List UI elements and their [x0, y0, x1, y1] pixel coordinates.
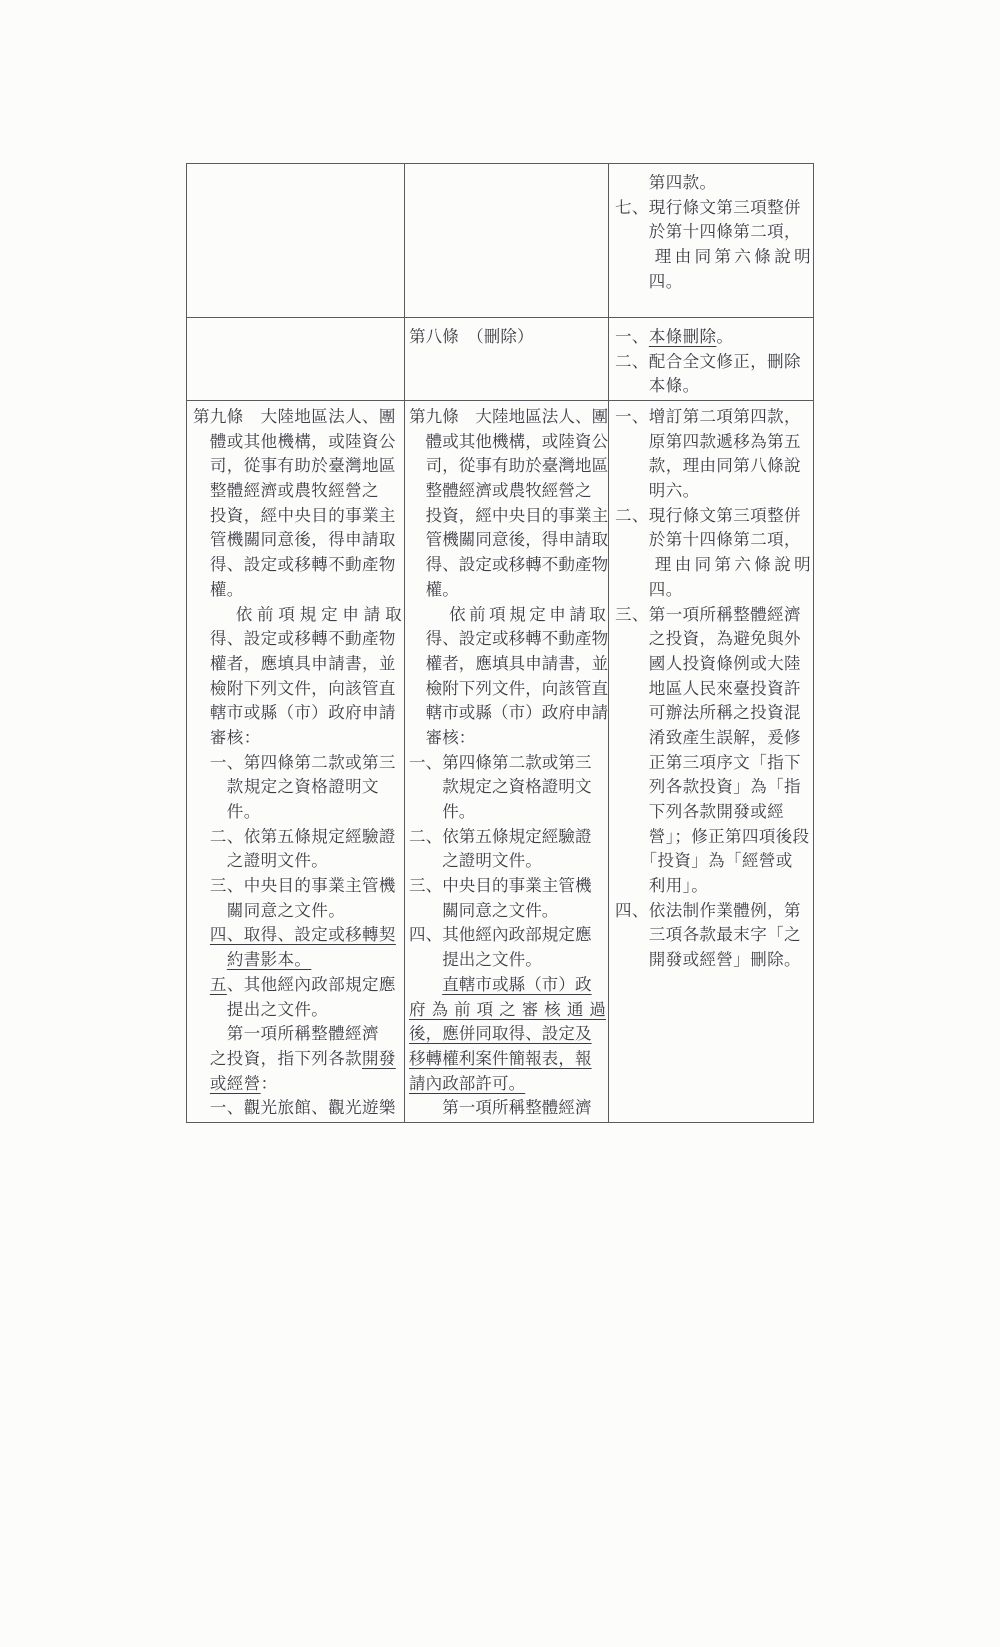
text-segment: 二、依第五條規定經驗證: [409, 827, 592, 846]
text-line: 直轄市或縣（市）政: [409, 973, 606, 998]
text-line: 檢附下列文件，向該管直: [409, 677, 606, 702]
text-segment: 檢附下列文件，向該管直: [193, 679, 396, 698]
text-segment: [193, 975, 210, 994]
table-cell: [187, 164, 405, 318]
text-segment: 權者，應填具申請書，並: [409, 654, 608, 673]
text-line: 移轉權利案件簡報表，報: [409, 1047, 606, 1072]
text-line: 二、依第五條規定經驗證: [193, 825, 402, 850]
text-segment: 理由同第六條說明: [615, 555, 811, 574]
text-segment: 第九條 大陸地區法人、團: [193, 407, 396, 426]
text-line: 「投資」為「經營或: [615, 849, 811, 874]
text-segment: 列各款投資」為「指: [615, 777, 801, 796]
text-line: 提出之文件。: [409, 948, 606, 973]
text-segment: 管機關同意後，得申請取: [193, 530, 396, 549]
text-line: 二、依第五條規定經驗證: [409, 825, 606, 850]
text-line: 之投資，指下列各款開發: [193, 1047, 402, 1072]
text-line: 審核：: [193, 726, 402, 751]
text-segment: 檢附下列文件，向該管直: [409, 679, 608, 698]
underlined-text: 請內政部許可。: [409, 1074, 525, 1093]
text-line: 轄市或縣（市）政府申請: [193, 701, 402, 726]
text-segment: 款規定之資格證明文: [193, 777, 379, 796]
text-line: 一、第四條第二款或第三: [409, 751, 606, 776]
text-segment: 。: [716, 327, 733, 346]
text-line: 第一項所稱整體經濟: [193, 1022, 402, 1047]
underlined-text: 或經營: [210, 1074, 261, 1093]
text-segment: 淆致產生誤解，爰修: [615, 728, 801, 747]
text-line: 審核：: [409, 726, 606, 751]
scanned-document-page: 第四款。七、現行條文第三項整併 於第十四條第二項， 理由同第六條說明 四。第八條…: [0, 0, 1000, 1647]
text-segment: 第一項所稱整體經濟: [409, 1098, 592, 1117]
text-line: 依前項規定申請取: [193, 603, 402, 628]
text-line: 四、依法制作業體例，第: [615, 899, 811, 924]
text-line: 正第三項序文「指下: [615, 751, 811, 776]
text-segment: 一、觀光旅館、觀光遊樂: [193, 1098, 396, 1117]
text-segment: 件。: [193, 802, 261, 821]
text-segment: 體或其他機構，或陸資公: [409, 432, 608, 451]
text-line: 利用」。: [615, 874, 811, 899]
text-line: 得、設定或移轉不動產物: [193, 553, 402, 578]
text-line: 理由同第六條說明: [615, 553, 811, 578]
underlined-text: 本條刪除: [649, 327, 717, 346]
text-line: 款規定之資格證明文: [193, 775, 402, 800]
text-segment: 體或其他機構，或陸資公: [193, 432, 396, 451]
text-line: 權者，應填具申請書，並: [193, 652, 402, 677]
amendment-comparison-table-body: 第四款。七、現行條文第三項整併 於第十四條第二項， 理由同第六條說明 四。第八條…: [187, 164, 814, 1123]
table-cell: 第九條 大陸地區法人、團 體或其他機構，或陸資公 司，從事有助於臺灣地區 整體經…: [187, 401, 405, 1123]
text-segment: 轄市或縣（市）政府申請: [409, 703, 608, 722]
text-line: 權者，應填具申請書，並: [409, 652, 606, 677]
table-row: 第九條 大陸地區法人、團 體或其他機構，或陸資公 司，從事有助於臺灣地區 整體經…: [187, 401, 814, 1123]
text-line: 第九條 大陸地區法人、團: [409, 405, 606, 430]
text-line: 本條。: [615, 374, 811, 399]
text-segment: 依前項規定申請取: [193, 605, 402, 624]
text-line: 款，理由同第八條說: [615, 454, 811, 479]
text-segment: 三、中央目的事業主管機: [409, 876, 592, 895]
text-segment: 投資，經中央目的事業主: [193, 506, 396, 525]
table-cell: 第八條 （刪除）: [405, 318, 609, 401]
text-segment: 一、增訂第二項第四款，: [615, 407, 801, 426]
text-segment: 第一項所稱整體經濟: [193, 1024, 379, 1043]
text-line: 開發或經營」刪除。: [615, 948, 811, 973]
text-line: 得、設定或移轉不動產物: [193, 627, 402, 652]
underlined-text: 移轉權利案件簡報表，報: [409, 1049, 592, 1068]
text-line: 三、中央目的事業主管機: [193, 874, 402, 899]
text-line: 請內政部許可。: [409, 1072, 606, 1097]
text-segment: 利用」。: [615, 876, 708, 895]
text-line: 可辦法所稱之投資混: [615, 701, 811, 726]
text-line: 理由同第六條說明: [615, 245, 811, 270]
text-segment: [193, 925, 210, 944]
text-segment: 投資，經中央目的事業主: [409, 506, 608, 525]
underlined-text: 府為前項之審核通過: [409, 1000, 606, 1019]
text-line: 淆致產生誤解，爰修: [615, 726, 811, 751]
text-segment: 理由同第六條說明: [615, 247, 811, 266]
text-line: 四。: [615, 578, 811, 603]
text-segment: 、其他經內政部規定應: [227, 975, 396, 994]
text-line: 轄市或縣（市）政府申請: [409, 701, 606, 726]
text-line: 四、其他經內政部規定應: [409, 923, 606, 948]
text-line: 或經營：: [193, 1072, 402, 1097]
text-line: 之證明文件。: [193, 849, 402, 874]
text-line: 之證明文件。: [409, 849, 606, 874]
underlined-text: 約書影本。: [227, 950, 312, 969]
text-segment: 一、第四條第二款或第三: [193, 753, 396, 772]
text-line: 管機關同意後，得申請取: [193, 528, 402, 553]
text-line: 關同意之文件。: [409, 899, 606, 924]
table-cell: 一、本條刪除。二、配合全文修正，刪除 本條。: [609, 318, 814, 401]
text-line: 第四款。: [615, 171, 811, 196]
text-line: 一、本條刪除。: [615, 325, 811, 350]
text-segment: 第八條 （刪除）: [409, 327, 534, 346]
text-segment: 整體經濟或農牧經營之: [409, 481, 592, 500]
table-cell: 第九條 大陸地區法人、團 體或其他機構，或陸資公 司，從事有助於臺灣地區 整體經…: [405, 401, 609, 1123]
text-segment: 於第十四條第二項，: [615, 530, 801, 549]
text-line: 三項各款最末字「之: [615, 923, 811, 948]
text-segment: 三、第一項所稱整體經濟: [615, 605, 801, 624]
underlined-text: 四、取得、設定或移轉契: [210, 925, 396, 944]
text-line: 整體經濟或農牧經營之: [409, 479, 606, 504]
text-segment: ：: [261, 1074, 278, 1093]
underlined-text: 後，應併同取得、設定及: [409, 1024, 592, 1043]
text-segment: 四、其他經內政部規定應: [409, 925, 592, 944]
text-line: 投資，經中央目的事業主: [409, 504, 606, 529]
text-segment: 權。: [193, 580, 244, 599]
text-line: 件。: [409, 800, 606, 825]
text-line: 第九條 大陸地區法人、團: [193, 405, 402, 430]
text-segment: 一、第四條第二款或第三: [409, 753, 592, 772]
text-segment: 得、設定或移轉不動產物: [409, 555, 608, 574]
text-line: 之投資，為避免與外: [615, 627, 811, 652]
text-segment: 一、: [615, 327, 649, 346]
text-segment: 國人投資條例或大陸: [615, 654, 801, 673]
text-line: 投資，經中央目的事業主: [193, 504, 402, 529]
text-line: 府為前項之審核通過: [409, 998, 606, 1023]
text-segment: 司，從事有助於臺灣地區: [193, 456, 396, 475]
underlined-text: 開發: [362, 1049, 396, 1068]
text-segment: 二、配合全文修正，刪除: [615, 352, 801, 371]
text-segment: 下列各款開發或經: [615, 802, 784, 821]
text-line: 司，從事有助於臺灣地區: [193, 454, 402, 479]
text-line: 整體經濟或農牧經營之: [193, 479, 402, 504]
text-line: 第八條 （刪除）: [409, 325, 606, 350]
text-segment: 三、中央目的事業主管機: [193, 876, 396, 895]
text-segment: 四、依法制作業體例，第: [615, 901, 801, 920]
text-segment: 轄市或縣（市）政府申請: [193, 703, 396, 722]
text-line: 一、增訂第二項第四款，: [615, 405, 811, 430]
text-segment: 司，從事有助於臺灣地區: [409, 456, 608, 475]
text-segment: 本條。: [615, 376, 700, 395]
text-line: 得、設定或移轉不動產物: [409, 627, 606, 652]
text-line: 二、現行條文第三項整併: [615, 504, 811, 529]
text-segment: 提出之文件。: [193, 1000, 328, 1019]
text-line: 三、第一項所稱整體經濟: [615, 603, 811, 628]
text-line: 五、其他經內政部規定應: [193, 973, 402, 998]
text-line: 體或其他機構，或陸資公: [193, 430, 402, 455]
table-row: 第四款。七、現行條文第三項整併 於第十四條第二項， 理由同第六條說明 四。: [187, 164, 814, 318]
text-segment: 得、設定或移轉不動產物: [193, 629, 396, 648]
text-segment: 依前項規定申請取: [409, 605, 606, 624]
text-line: 後，應併同取得、設定及: [409, 1022, 606, 1047]
text-segment: 管機關同意後，得申請取: [409, 530, 608, 549]
text-segment: 款規定之資格證明文: [409, 777, 592, 796]
table-cell: 第四款。七、現行條文第三項整併 於第十四條第二項， 理由同第六條說明 四。: [609, 164, 814, 318]
text-segment: 第九條 大陸地區法人、團: [409, 407, 608, 426]
text-segment: 關同意之文件。: [193, 901, 345, 920]
text-line: 國人投資條例或大陸: [615, 652, 811, 677]
text-line: 地區人民來臺投資許: [615, 677, 811, 702]
text-segment: 七、現行條文第三項整併: [615, 198, 801, 217]
text-line: 四。: [615, 270, 811, 295]
text-line: 於第十四條第二項，: [615, 220, 811, 245]
text-line: 七、現行條文第三項整併: [615, 196, 811, 221]
text-segment: 「投資」為「經營或: [615, 851, 793, 870]
text-line: 下列各款開發或經: [615, 800, 811, 825]
text-line: 得、設定或移轉不動產物: [409, 553, 606, 578]
text-line: 體或其他機構，或陸資公: [409, 430, 606, 455]
text-segment: 二、現行條文第三項整併: [615, 506, 801, 525]
table-cell: [405, 164, 609, 318]
text-segment: 得、設定或移轉不動產物: [193, 555, 396, 574]
text-line: 權。: [193, 578, 402, 603]
text-segment: 開發或經營」刪除。: [615, 950, 801, 969]
text-segment: 整體經濟或農牧經營之: [193, 481, 379, 500]
text-line: 依前項規定申請取: [409, 603, 606, 628]
text-line: 列各款投資」為「指: [615, 775, 811, 800]
table-cell: [187, 318, 405, 401]
text-line: 明六。: [615, 479, 811, 504]
text-segment: 原第四款遞移為第五: [615, 432, 801, 451]
text-line: 約書影本。: [193, 948, 402, 973]
text-segment: [193, 1074, 210, 1093]
text-segment: 之投資，為避免與外: [615, 629, 801, 648]
text-line: 營」；修正第四項後段: [615, 825, 811, 850]
text-line: 一、觀光旅館、觀光遊樂: [193, 1096, 402, 1121]
table-cell: 一、增訂第二項第四款， 原第四款遞移為第五 款，理由同第八條說 明六。二、現行條…: [609, 401, 814, 1123]
text-segment: 得、設定或移轉不動產物: [409, 629, 608, 648]
text-segment: 審核：: [193, 728, 261, 747]
text-segment: 地區人民來臺投資許: [615, 679, 801, 698]
text-segment: 營」；修正第四項後段: [615, 827, 810, 846]
text-line: 關同意之文件。: [193, 899, 402, 924]
text-line: 於第十四條第二項，: [615, 528, 811, 553]
text-line: 二、配合全文修正，刪除: [615, 350, 811, 375]
text-segment: 二、依第五條規定經驗證: [193, 827, 396, 846]
text-segment: 四。: [615, 272, 683, 291]
text-line: 件。: [193, 800, 402, 825]
text-segment: 之證明文件。: [193, 851, 328, 870]
text-segment: 件。: [409, 802, 475, 821]
text-line: 管機關同意後，得申請取: [409, 528, 606, 553]
text-segment: 於第十四條第二項，: [615, 222, 801, 241]
text-segment: 之證明文件。: [409, 851, 542, 870]
text-segment: 四。: [615, 580, 683, 599]
text-line: 三、中央目的事業主管機: [409, 874, 606, 899]
text-segment: 明六。: [615, 481, 700, 500]
text-segment: 關同意之文件。: [409, 901, 558, 920]
text-segment: 審核：: [409, 728, 475, 747]
text-line: 司，從事有助於臺灣地區: [409, 454, 606, 479]
text-line: 款規定之資格證明文: [409, 775, 606, 800]
text-segment: 三項各款最末字「之: [615, 925, 801, 944]
amendment-comparison-table: 第四款。七、現行條文第三項整併 於第十四條第二項， 理由同第六條說明 四。第八條…: [186, 163, 814, 1123]
text-line: 檢附下列文件，向該管直: [193, 677, 402, 702]
underlined-text: 直轄市或縣（市）政: [442, 975, 591, 994]
text-segment: 提出之文件。: [409, 950, 542, 969]
text-line: 一、第四條第二款或第三: [193, 751, 402, 776]
text-segment: 權者，應填具申請書，並: [193, 654, 396, 673]
text-line: 權。: [409, 578, 606, 603]
text-segment: 可辦法所稱之投資混: [615, 703, 801, 722]
text-segment: [409, 975, 442, 994]
text-segment: [193, 950, 227, 969]
text-segment: 款，理由同第八條說: [615, 456, 801, 475]
text-segment: 權。: [409, 580, 459, 599]
text-line: 原第四款遞移為第五: [615, 430, 811, 455]
underlined-text: 五: [210, 975, 227, 994]
text-line: 提出之文件。: [193, 998, 402, 1023]
text-line: 第一項所稱整體經濟: [409, 1096, 606, 1121]
text-segment: 之投資，指下列各款: [193, 1049, 362, 1068]
text-segment: 第四款。: [615, 173, 716, 192]
text-segment: 正第三項序文「指下: [615, 753, 801, 772]
table-row: 第八條 （刪除）一、本條刪除。二、配合全文修正，刪除 本條。: [187, 318, 814, 401]
text-line: 四、取得、設定或移轉契: [193, 923, 402, 948]
